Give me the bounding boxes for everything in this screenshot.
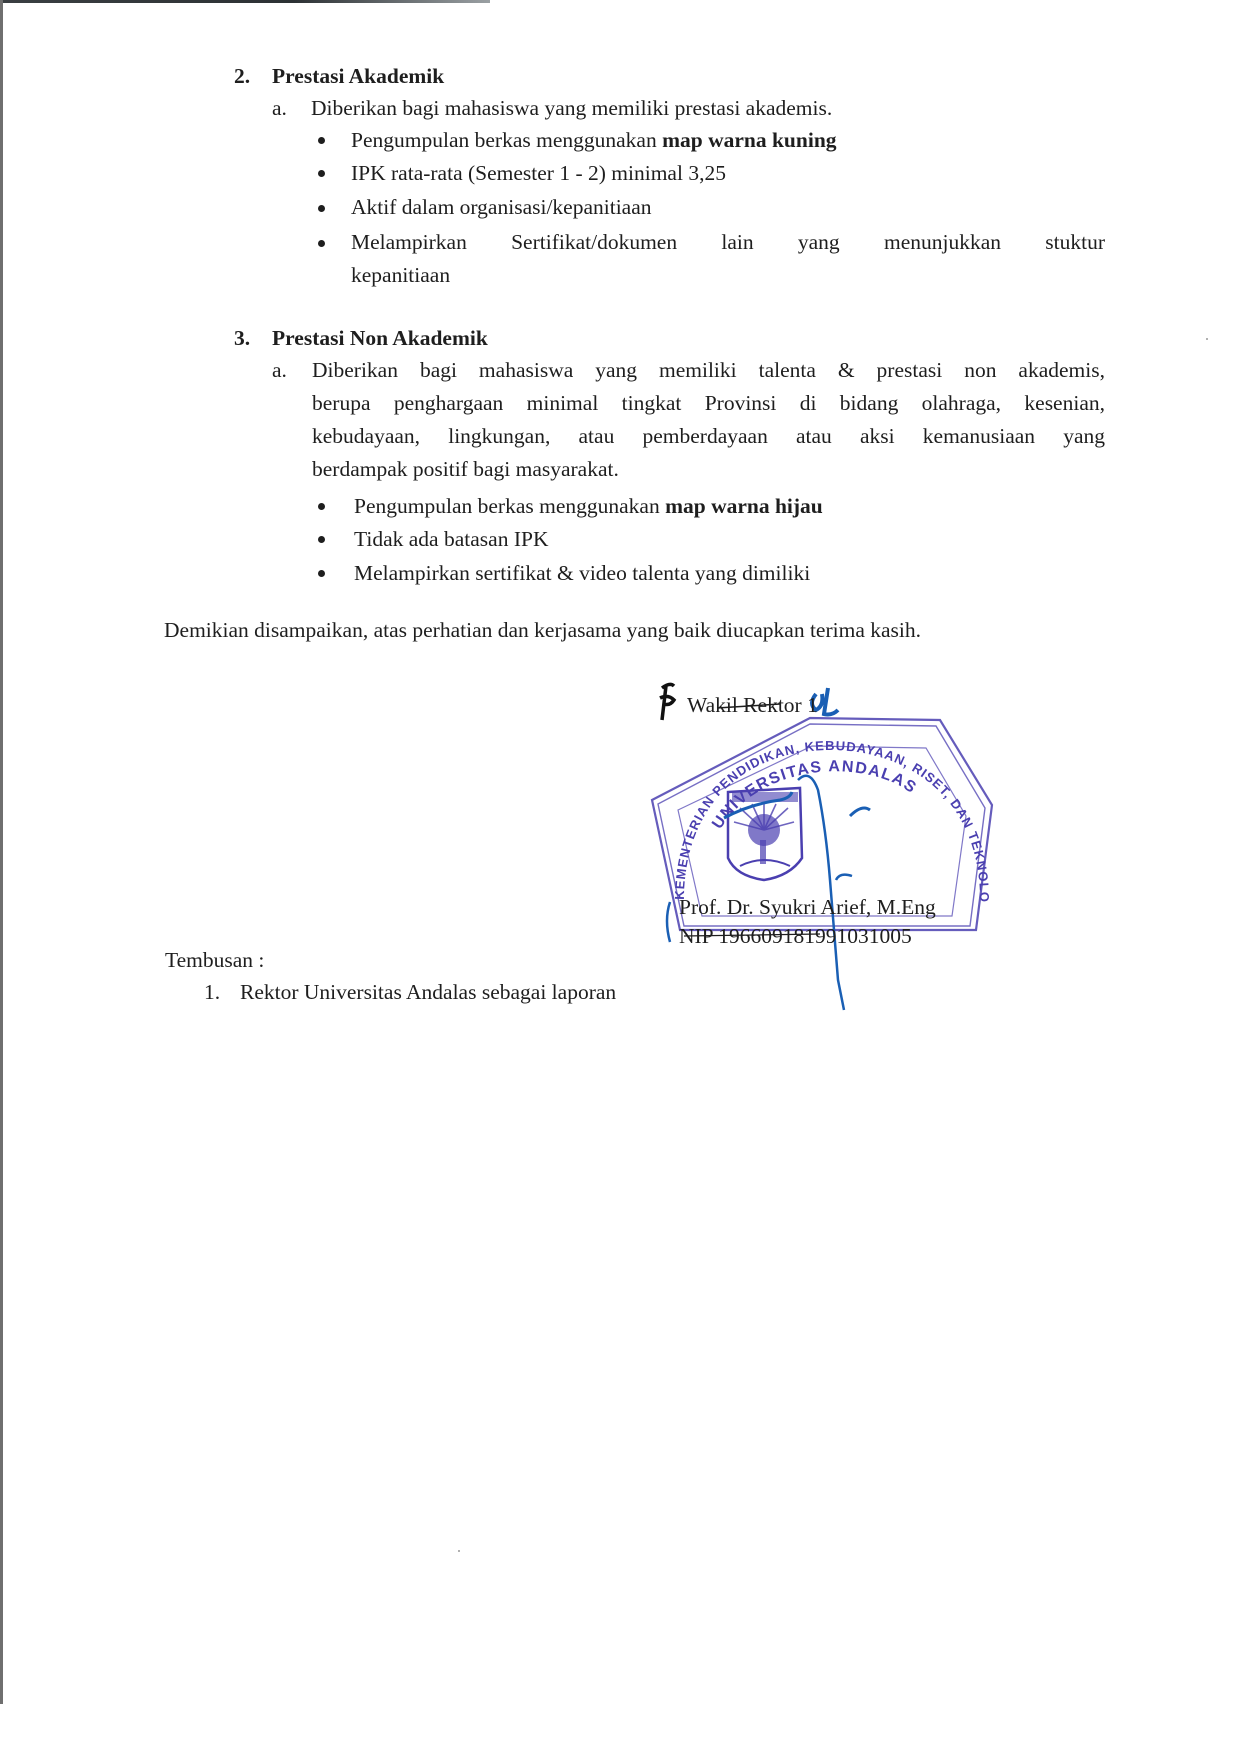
scan-speck [1206, 338, 1208, 340]
section-number: 3. [234, 322, 264, 355]
scan-speck [458, 1550, 460, 1552]
scan-edge-left [0, 0, 3, 1704]
cc-item-number: 1. [204, 976, 220, 1009]
bullet-icon [318, 536, 325, 543]
cc-label: Tembusan : [165, 944, 264, 977]
bullet-icon [318, 137, 325, 144]
cc-item-text: Rektor Universitas Andalas sebagai lapor… [240, 976, 616, 1009]
item-paragraph: Diberikan bagi mahasiswa yang memiliki t… [312, 354, 1105, 486]
signatory-position: Wakil Rektor 1 [687, 690, 818, 720]
bullet-item: Pengumpulan berkas menggunakan map warna… [354, 490, 823, 523]
university-seal-icon: KEMENTERIAN PENDIDIKAN, KEBUDAYAAN, RISE… [640, 680, 1020, 1020]
bullet-icon [318, 570, 325, 577]
bullet-item: Melampirkan sertifikat & video talenta y… [354, 557, 810, 590]
bullet-item: Aktif dalam organisasi/kepanitiaan [351, 191, 652, 224]
bullet-item: IPK rata-rata (Semester 1 - 2) minimal 3… [351, 157, 726, 190]
item-text: Diberikan bagi mahasiswa yang memiliki p… [311, 92, 832, 125]
signatory-nip: NIP 196609181991031005 [679, 921, 912, 951]
bullet-icon [318, 205, 325, 212]
item-letter: a. [272, 354, 287, 387]
bullet-icon [318, 240, 325, 247]
bullet-item: Melampirkan Sertifikat/dokumen lain yang… [351, 226, 1105, 292]
signature-block: KEMENTERIAN PENDIDIKAN, KEBUDAYAAN, RISE… [640, 680, 1020, 1020]
section-title: Prestasi Akademik [272, 60, 444, 93]
closing-text: Demikian disampaikan, atas perhatian dan… [164, 614, 921, 647]
section-number: 2. [234, 60, 264, 93]
section-title: Prestasi Non Akademik [272, 322, 488, 355]
bullet-item: Pengumpulan berkas menggunakan map warna… [351, 124, 837, 157]
bullet-item: Tidak ada batasan IPK [354, 523, 548, 556]
bullet-icon [318, 170, 325, 177]
scan-edge-top [0, 0, 490, 3]
bullet-icon [318, 503, 325, 510]
signatory-name: Prof. Dr. Syukri Arief, M.Eng [679, 892, 936, 922]
item-letter: a. [272, 92, 287, 125]
